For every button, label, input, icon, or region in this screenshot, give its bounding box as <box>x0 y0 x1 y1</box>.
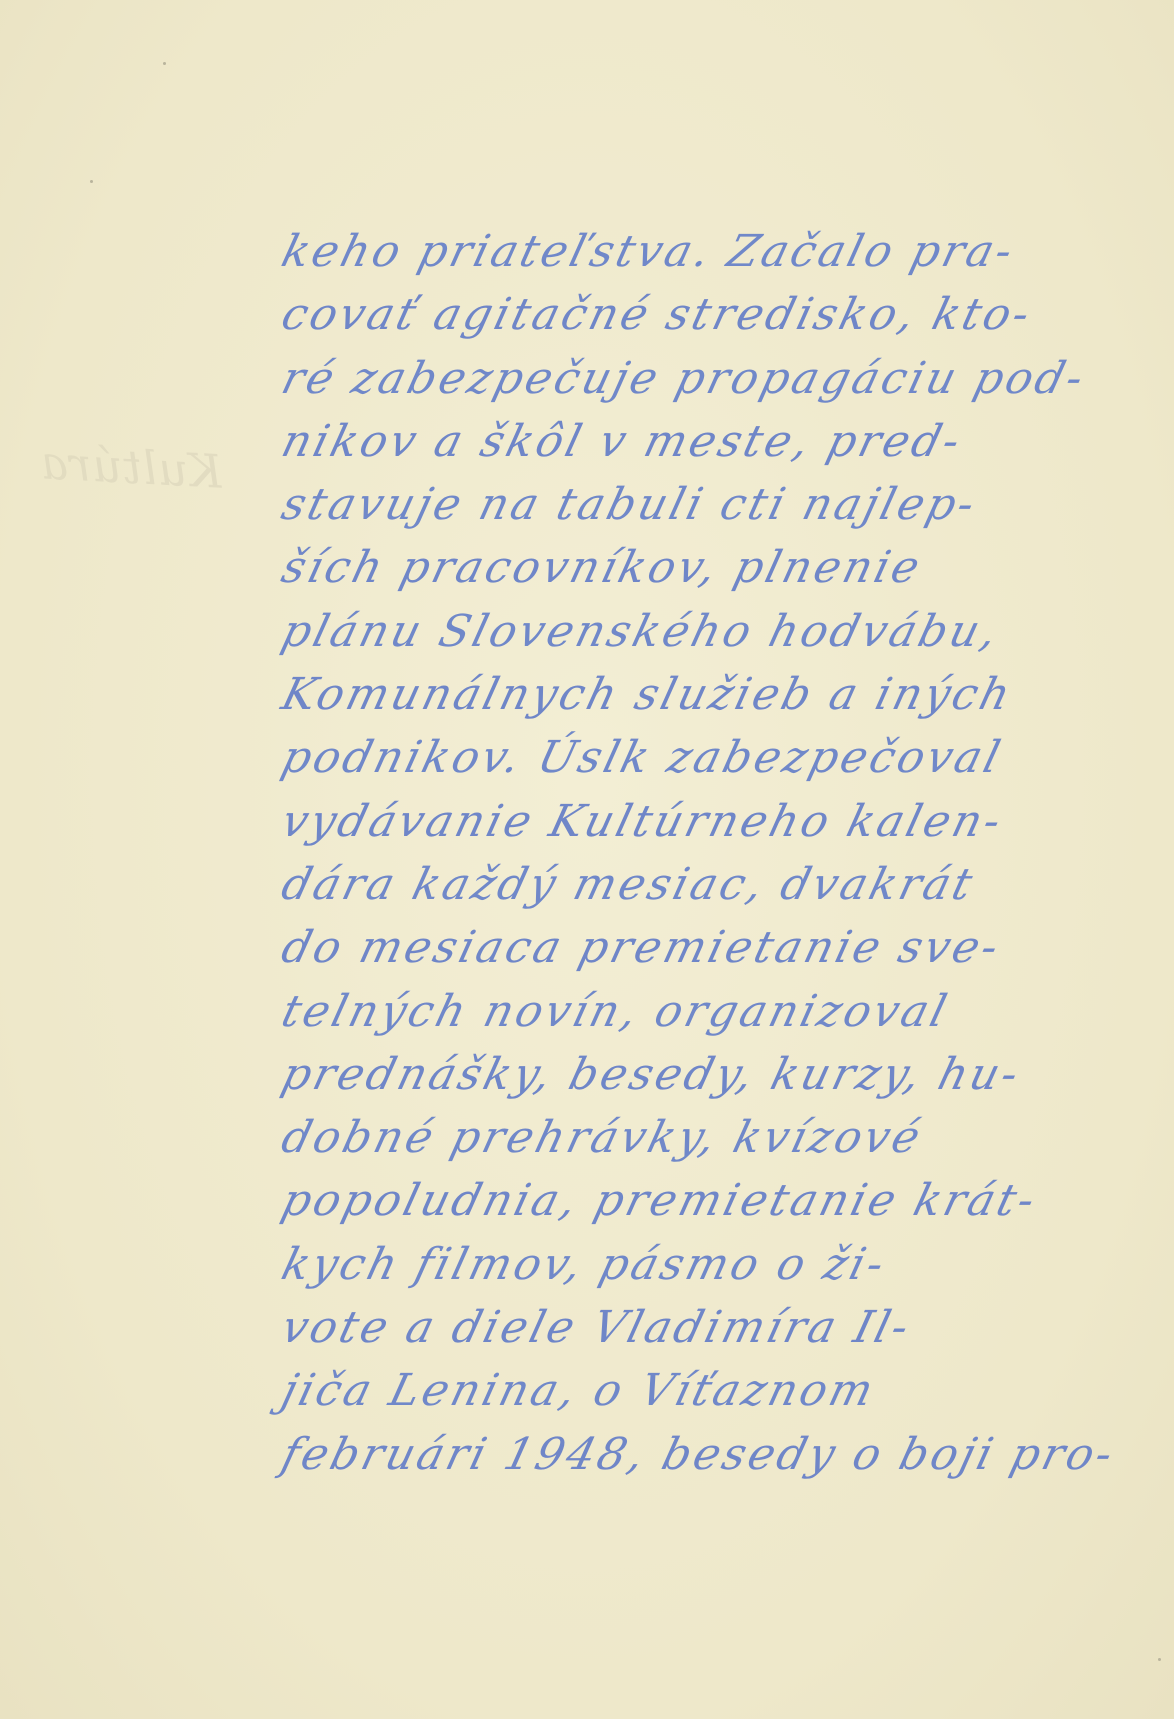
text-line: prednášky, besedy, kurzy, hu- <box>275 1043 1091 1106</box>
text-line: dára každý mesiac, dvakrát <box>275 853 1091 916</box>
paper-speck <box>163 62 166 65</box>
text-line: plánu Slovenského hodvábu, <box>275 600 1091 663</box>
text-line: vydávanie Kultúrneho kalen- <box>275 790 1091 853</box>
paper-speck <box>1158 1658 1161 1661</box>
text-line: popoludnia, premietanie krát- <box>275 1169 1091 1232</box>
handwritten-text-block: keho priateľstva. Začalo pra- covať agit… <box>275 220 1075 1486</box>
text-line: covať agitačné stredisko, kto- <box>275 283 1091 346</box>
text-line: ré zabezpečuje propagáciu pod- <box>275 347 1091 410</box>
text-line: vote a diele Vladimíra Il- <box>275 1296 1091 1359</box>
scanned-page: Kultúra keho priateľstva. Začalo pra- co… <box>0 0 1174 1719</box>
text-line: jiča Lenina, o Víťaznom <box>275 1359 1091 1422</box>
text-line: februári 1948, besedy o boji pro- <box>275 1423 1091 1486</box>
text-line: do mesiaca premietanie sve- <box>275 916 1091 979</box>
text-line: kych filmov, pásmo o ži- <box>275 1233 1091 1296</box>
text-line: keho priateľstva. Začalo pra- <box>275 220 1091 283</box>
text-line: ších pracovníkov, plnenie <box>275 536 1091 599</box>
text-line: podnikov. Úslk zabezpečoval <box>275 726 1091 789</box>
text-line: stavuje na tabuli cti najlep- <box>275 473 1091 536</box>
text-line: Komunálnych služieb a iných <box>275 663 1091 726</box>
margin-note-bleedthrough: Kultúra <box>39 435 224 498</box>
text-line: dobné prehrávky, kvízové <box>275 1106 1091 1169</box>
paper-speck <box>90 180 93 183</box>
text-line: telných novín, organizoval <box>275 980 1091 1043</box>
text-line: nikov a škôl v meste, pred- <box>275 410 1091 473</box>
